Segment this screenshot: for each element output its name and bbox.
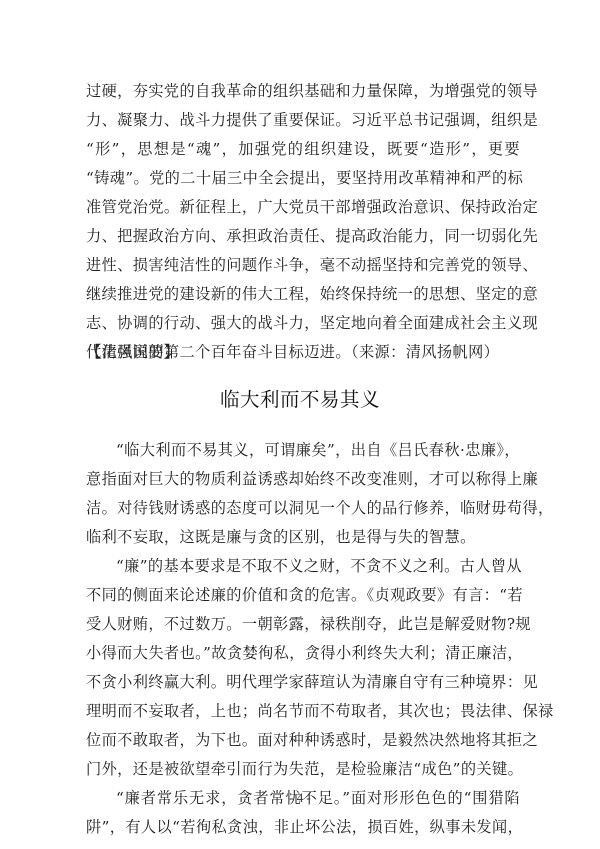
text-line: “临大利而不易其义，可谓廉矣”，出自《吕氏春秋·忠廉》，	[116, 436, 520, 465]
text-line: 意指面对巨大的物质利益诱惑却始终不改变准则，才可以称得上廉	[86, 465, 520, 494]
text-line: 力、把握政治方向、承担政治责任、提高政治能力，同一切弱化先	[86, 222, 520, 251]
text-line: “形”，思想是“魂”，加强党的组织建设，既要“造形”，更要	[86, 135, 520, 164]
text-line: 志、协调的行动、强大的战斗力，坚定地向着全面建成社会主义现	[86, 309, 520, 338]
text-line: 准管党治党。新征程上，广大党员干部增强政治意识、保持政治定	[86, 193, 520, 222]
page-number: - 4 -	[0, 788, 600, 808]
text-line: 理明而不妄取者，上也；尚名节而不苟取者，其次也；畏法律、保禄	[86, 697, 520, 726]
text-line: 过硬，夯实党的自我革命的组织基础和力量保障，为增强党的领导	[86, 77, 520, 106]
text-line: “廉”的基本要求是不取不义之财，不贪不义之利。古人曾从	[116, 552, 520, 581]
text-line: 洁。对待钱财诱惑的态度可以洞见一个人的品行修养，临财毋苟得，	[86, 494, 520, 523]
text-line: 进性、损害纯洁性的问题作斗争，毫不动摇坚持和完善党的领导、	[86, 251, 520, 280]
text-line: 小得而大失者也。”故贪婪徇私，贪得小利终失大利；清正廉洁，	[86, 639, 520, 668]
section-label: 【清风说要】	[86, 340, 179, 364]
text-line: “铸魂”。党的二十届三中全会提出，要坚持用改革精神和严的标	[86, 164, 520, 193]
text-line: 位而不敢取者，为下也。面对种种诱惑时，是毅然决然地将其拒之	[86, 726, 520, 755]
text-line: 门外，还是被欲望牵引而行为失范，是检验廉洁“成色”的关键。	[86, 755, 520, 784]
text-line: 力、凝聚力、战斗力提供了重要保证。习近平总书记强调，组织是	[86, 106, 520, 135]
text-line: 阱”，有人以“若徇私贪浊，非止坏公法，损百姓，纵事未发闻，	[86, 813, 520, 842]
text-line: 临利不妄取，这既是廉与贪的区别，也是得与失的智慧。	[86, 523, 520, 552]
text-line: 不贪小利终赢大利。明代理学家薛瑄认为清廉自守有三种境界：见	[86, 668, 520, 697]
text-line: 不同的侧面来论述廉的价值和贪的危害。《贞观政要》有言：“若	[86, 581, 520, 610]
text-line: 受人财贿，不过数万。一朝彰露，禄秩削夺，此岂是解爱财物?规	[86, 610, 520, 639]
text-line: 继续推进党的建设新的伟大工程，始终保持统一的思想、坚定的意	[86, 280, 520, 309]
article-title: 临大利而不易其义	[0, 385, 600, 415]
document-page: 过硬，夯实党的自我革命的组织基础和力量保障，为增强党的领导 力、凝聚力、战斗力提…	[0, 0, 600, 849]
